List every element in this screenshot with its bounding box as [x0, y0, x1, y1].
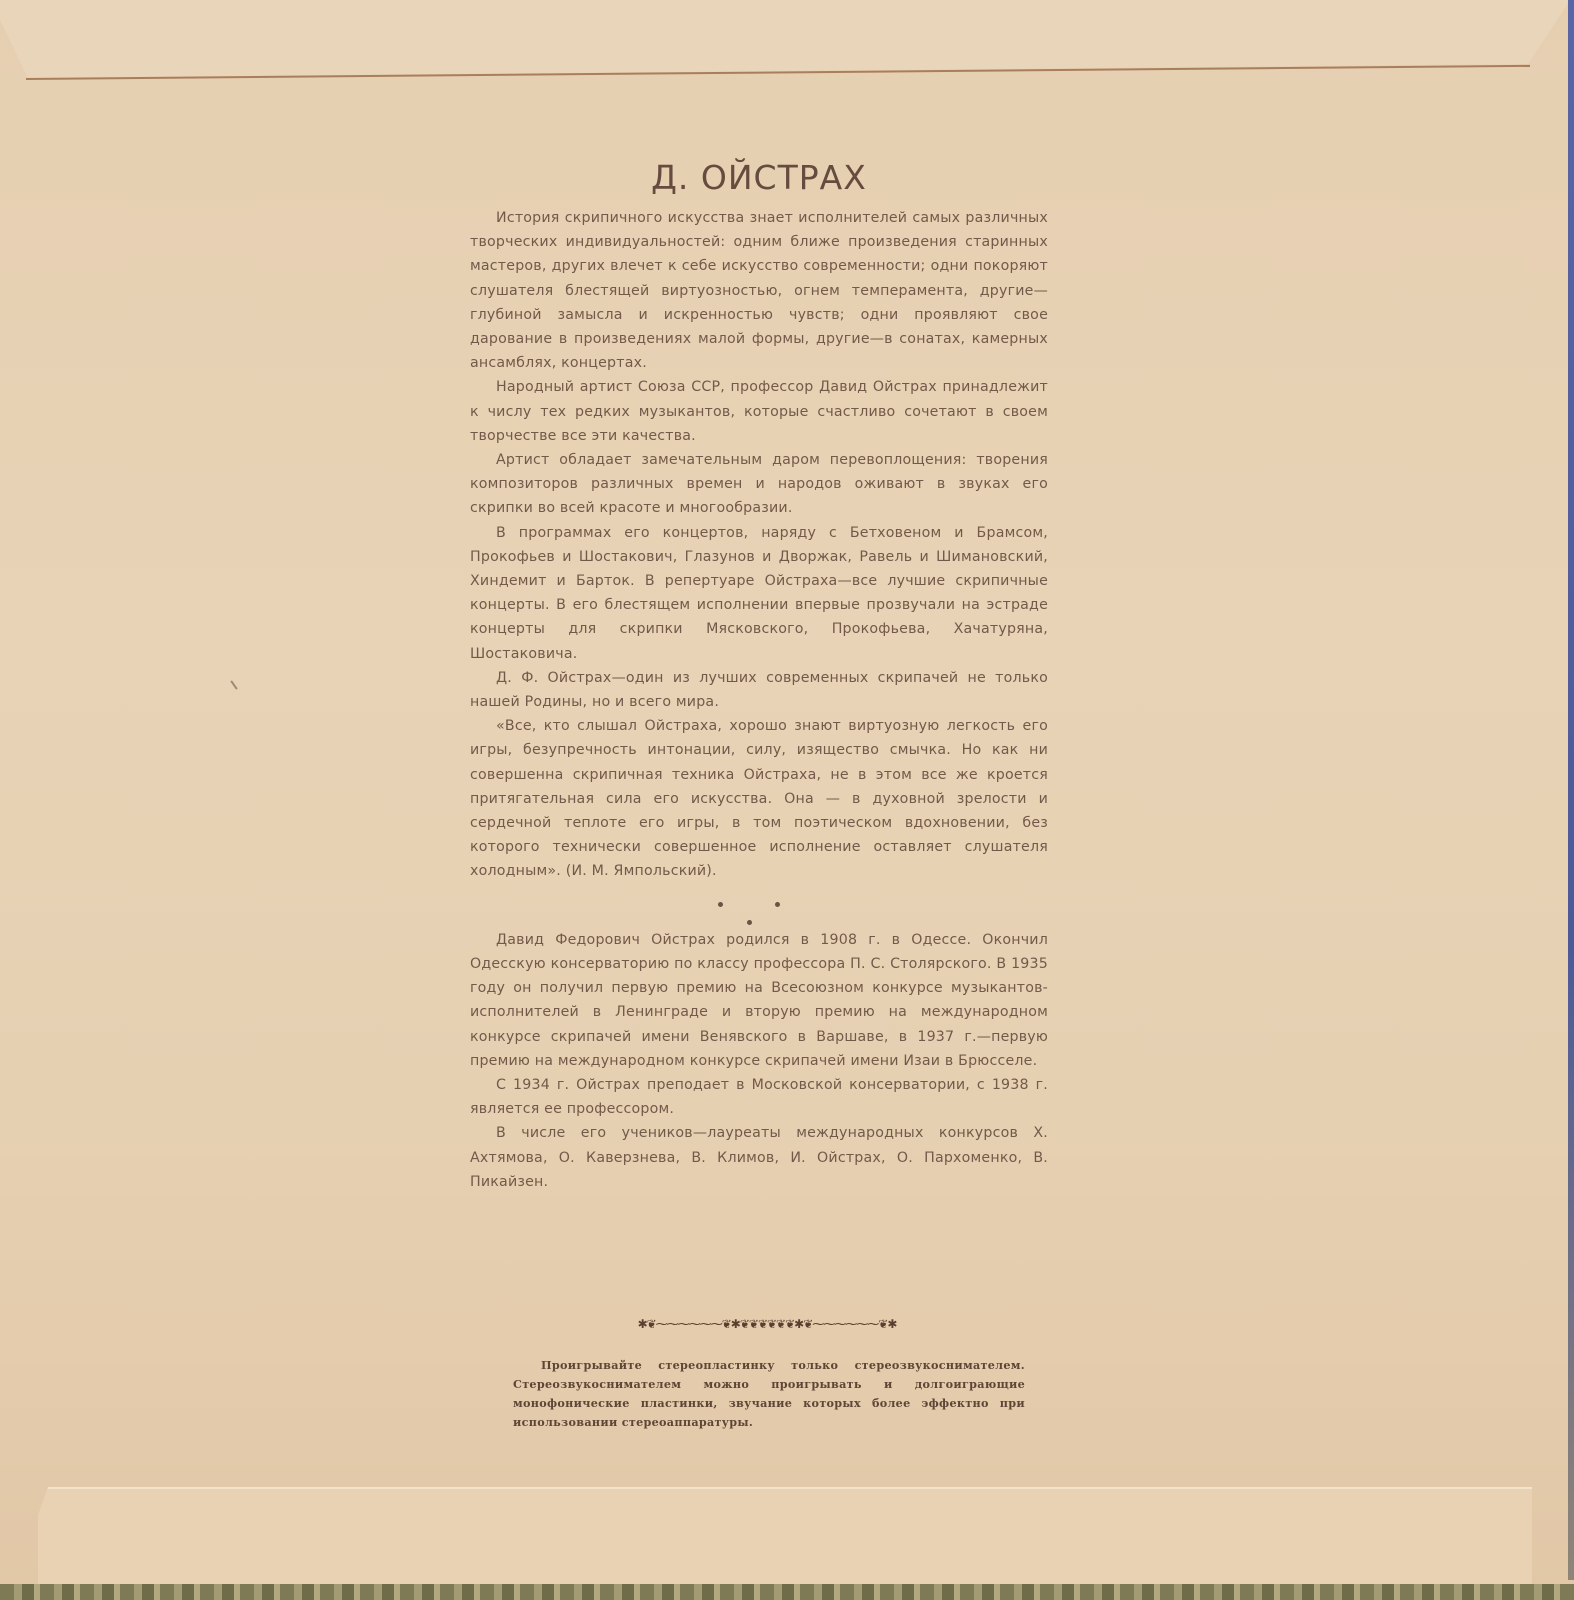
bottom-glued-flap — [38, 1487, 1532, 1587]
divider-dot — [747, 920, 752, 925]
paragraph-repertoire: В программах его концертов, наряду с Бет… — [470, 521, 1048, 666]
decorative-ornament-divider: ✱❦⁓⁓⁓⁓⁓⁓❦✱❦❦❦❦❦❦✱❦⁓⁓⁓⁓⁓⁓❦✱ — [557, 1318, 977, 1330]
paragraph-quote: «Все, кто слышал Ойстраха, хорошо знают … — [470, 714, 1048, 883]
stereo-playback-notice: Проигрывайте стереопластинку только стер… — [513, 1356, 1025, 1432]
paragraph-biography-teaching: С 1934 г. Ойстрах преподает в Московской… — [470, 1073, 1048, 1121]
paragraph-transformation: Артист обладает замечательным даром пере… — [470, 448, 1048, 521]
paragraph-best-violinist: Д. Ф. Ойстрах—один из лучших современных… — [470, 666, 1048, 714]
paragraph-biography-students: В числе его учеников—лауреаты международ… — [470, 1121, 1048, 1194]
divider-dot — [775, 902, 780, 907]
background-surface — [0, 1584, 1574, 1600]
paragraph-intro: История скрипичного искусства знает испо… — [470, 206, 1048, 375]
section-divider-dots — [470, 886, 1048, 924]
sleeve-right-edge — [1568, 0, 1574, 1580]
paragraph-biography-birth: Давид Федорович Ойстрах родился в 1908 г… — [470, 928, 1048, 1073]
paper-mark — [230, 680, 237, 689]
record-sleeve-back: Д. ОЙСТРАХ История скрипичного искусства… — [0, 0, 1574, 1600]
paragraph-people-artist: Народный артист Союза ССР, профессор Дав… — [470, 375, 1048, 448]
divider-dot — [718, 902, 723, 907]
liner-notes: Д. ОЙСТРАХ История скрипичного искусства… — [470, 158, 1048, 1194]
page-title: Д. ОЙСТРАХ — [470, 158, 1048, 198]
